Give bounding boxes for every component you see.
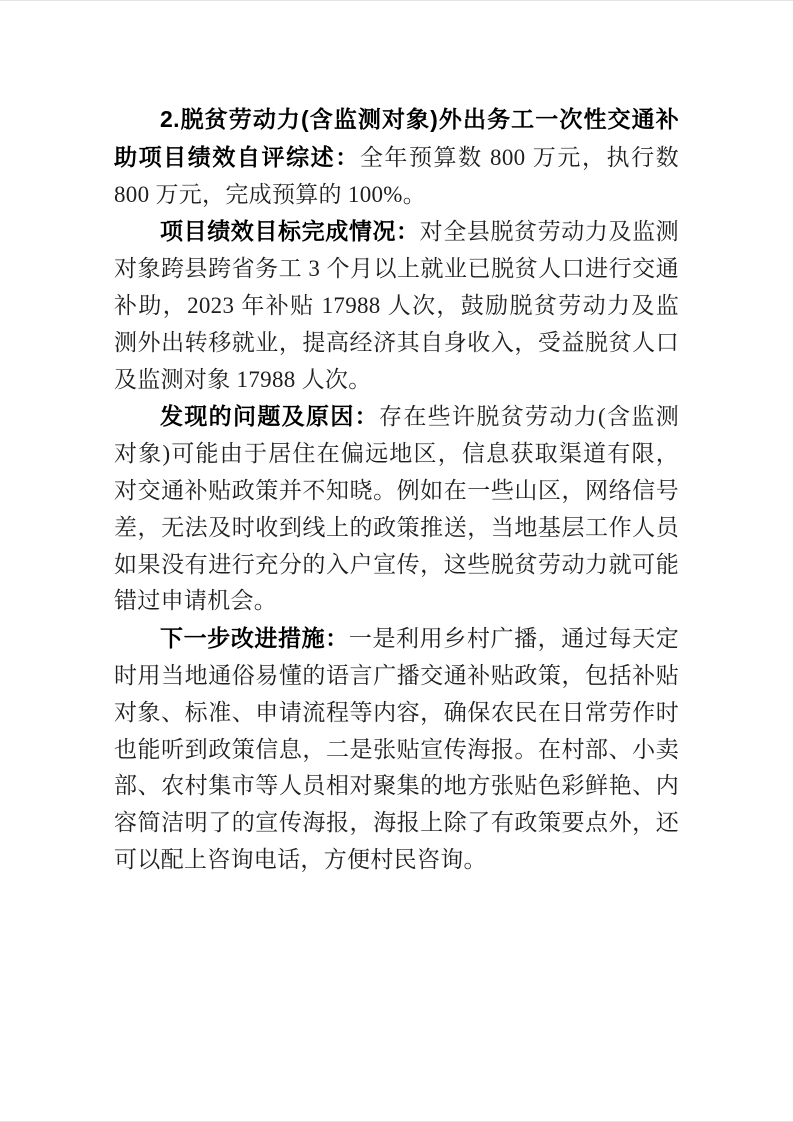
paragraph-improvement-measures: 下一步改进措施：一是利用乡村广播，通过每天定时用当地通俗易懂的语言广播交通补贴政… (114, 620, 679, 879)
paragraph-text: 一是利用乡村广播，通过每天定时用当地通俗易懂的语言广播交通补贴政策，包括补贴对象… (114, 626, 679, 872)
paragraph-label: 下一步改进措施： (160, 625, 349, 651)
paragraph-text: 对全县脱贫劳动力及监测对象跨县跨省务工 3 个月以上就业已脱贫人口进行交通补助，… (114, 219, 679, 391)
document-page: 2.脱贫劳动力(含监测对象)外出务工一次性交通补助项目绩效自评综述：全年预算数 … (0, 0, 793, 1122)
paragraph-label: 发现的问题及原因： (160, 403, 379, 429)
document-body: 2.脱贫劳动力(含监测对象)外出务工一次性交通补助项目绩效自评综述：全年预算数 … (0, 1, 793, 879)
paragraph-label: 项目绩效目标完成情况： (160, 218, 420, 244)
paragraph-self-evaluation-summary: 2.脱贫劳动力(含监测对象)外出务工一次性交通补助项目绩效自评综述：全年预算数 … (114, 101, 679, 213)
paragraph-problems-and-causes: 发现的问题及原因：存在些许脱贫劳动力(含监测对象)可能由于居住在偏远地区，信息获… (114, 398, 679, 620)
paragraph-text: 存在些许脱贫劳动力(含监测对象)可能由于居住在偏远地区，信息获取渠道有限，对交通… (114, 404, 679, 613)
paragraph-target-completion: 项目绩效目标完成情况：对全县脱贫劳动力及监测对象跨县跨省务工 3 个月以上就业已… (114, 213, 679, 398)
